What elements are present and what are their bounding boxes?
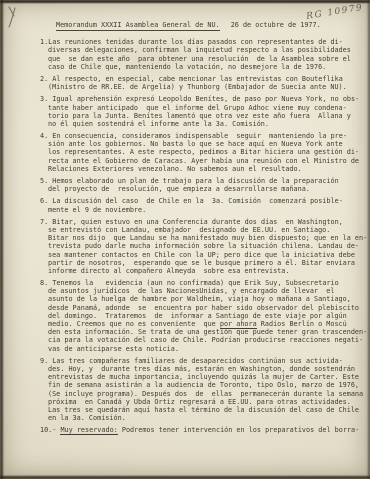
memo-line: (Ministro de RR.EE. de Argelia) y Thunbo… <box>40 83 366 91</box>
text-segment: Las tres se quedarán aquí hasta el térmi… <box>48 406 359 414</box>
memo-line: 1.Las reuniones tenidas durante los días… <box>40 38 366 46</box>
text-segment: den esta información. Se trata de una ge… <box>48 328 367 336</box>
text-segment: 8. Tenemos la evidencia (aun no confirma… <box>40 279 339 287</box>
text-segment: recta ante el Gobierno de Caracas. Ayer … <box>48 157 359 165</box>
text-segment: diversas delegaciones, confirman la inqu… <box>48 46 351 54</box>
memo-line: des. Hoy, y durante tres días más, estar… <box>40 365 366 373</box>
text-segment: Bitar nos dijo que Landau se ha manifest… <box>48 234 367 242</box>
text-segment: des. Hoy, y durante tres días más, estar… <box>48 365 355 373</box>
text-segment: 10.- <box>40 426 60 434</box>
text-segment: cia para la votación del caso de Chile. … <box>48 336 363 344</box>
memo-line: Las tres se quedarán aquí hasta el térmi… <box>40 406 366 414</box>
text-segment: medio. Creemos que no es conveniente que <box>48 320 220 328</box>
memo-paragraph: 2. Al respecto, en especial, cabe mencio… <box>40 75 366 91</box>
memo-line: 2. Al respecto, en especial, cabe mencio… <box>40 75 366 83</box>
text-segment: sea mantener contactos en Chile con la U… <box>48 251 355 259</box>
text-segment: mente el 9 de noviembre. <box>48 206 146 214</box>
memo-paragraph: 1.Las reuniones tenidas durante los días… <box>40 38 366 71</box>
text-segment: (Se incluye programa). Después dos de el… <box>48 390 363 398</box>
memo-line: 6. La discusión del caso de Chile en la … <box>40 197 366 205</box>
text-segment: asunto de la huelga de hambre por Waldhe… <box>48 295 351 303</box>
memo-line: desde Panamá, adonde se encuentra por ha… <box>40 304 366 312</box>
memo-line: vas de anticiparse esta noticia. <box>40 345 366 353</box>
text-segment: 7. Bitar, quien estuvo en una Conferenci… <box>40 218 343 226</box>
memo-line: los representantes. A este respecto, ped… <box>40 148 366 156</box>
memo-paragraph: 10.- Muy reservado: Podremos tener inter… <box>40 426 366 434</box>
memo-line: que se dan este año para obtener una res… <box>40 55 366 63</box>
memo-line: entrevistas de mucha importancia, incluy… <box>40 373 366 381</box>
text-segment: fin de semana asistirán a la audiencia d… <box>48 381 359 389</box>
text-segment: en la 3a. Comisión. <box>48 414 126 422</box>
memo-paragraph: 6. La discusión del caso de Chile en la … <box>40 197 366 213</box>
memo-line: asunto de la huelga de hambre por Waldhe… <box>40 295 366 303</box>
text-segment: tante haber anticipado que el informe de… <box>48 104 347 112</box>
memo-line: del proyecto de resolución, que empieza … <box>40 185 366 193</box>
memo-line: Relaciones Exteriores venezolano. No sab… <box>40 165 366 173</box>
memo-paragraphs: 1.Las reuniones tenidas durante los días… <box>40 38 366 434</box>
memo-line: cia para la votación del caso de Chile. … <box>40 336 366 344</box>
memo-line: 10.- Muy reservado: Podremos tener inter… <box>40 426 366 434</box>
memo-line: recta ante el Gobierno de Caracas. Ayer … <box>40 157 366 165</box>
memo-line: de asuntos jurídicos de las NacionesUnid… <box>40 287 366 295</box>
text-segment: caso de Chile que, manteniendo la votaci… <box>48 63 326 71</box>
text-segment: se entrevistó con Landau, embajador desi… <box>48 226 330 234</box>
text-segment: 5. Hemos elaborado un plan de trabajo pa… <box>40 177 339 185</box>
memo-line: caso de Chile que, manteniendo la votaci… <box>40 63 366 71</box>
memo-line: próxima en Canadá y Ubda Ortiz regresará… <box>40 398 366 406</box>
text-segment: torio para la Junta. Benítes lamentó que… <box>48 112 351 120</box>
text-segment: Radios Berlín o Moscú <box>257 320 347 328</box>
text-segment: Podremos tener intervención en los prepa… <box>118 426 359 434</box>
text-segment: 1.Las reuniones tenidas durante los días… <box>40 38 343 46</box>
memo-line: den esta información. Se trata de una ge… <box>40 328 366 336</box>
memo-line: diversas delegaciones, confirman la inqu… <box>40 46 366 54</box>
memo-line: 4. En consecuencia, consideramos indispe… <box>40 132 366 140</box>
handwritten-annotation: RG 10979 <box>305 3 363 22</box>
text-segment: 9. Las tres compañeras familiares de des… <box>40 357 343 365</box>
memo-line: informe directo al compañero Almeyda sob… <box>40 267 366 275</box>
memo-line: trevista pudo darle mucha información so… <box>40 242 366 250</box>
memo-line: Bitar nos dijo que Landau se ha manifest… <box>40 234 366 242</box>
memo-line: 8. Tenemos la evidencia (aun no confirma… <box>40 279 366 287</box>
handwritten-mark <box>5 4 21 30</box>
text-segment: entrevistas de mucha importancia, incluy… <box>48 373 359 381</box>
memo-heading: Memorandum XXXII Asamblea General de NU.… <box>56 21 366 29</box>
text-segment: de asuntos jurídicos de las NacionesUnid… <box>48 287 334 295</box>
memo-line: se entrevistó con Landau, embajador desi… <box>40 226 366 234</box>
memo-line: 5. Hemos elaborado un plan de trabajo pa… <box>40 177 366 185</box>
memo-line: sea mantener contactos en Chile con la U… <box>40 251 366 259</box>
text-segment: los representantes. A este respecto, ped… <box>48 148 359 156</box>
text-segment: 3. Igual aprehensión expresó Leopoldo Be… <box>40 95 359 103</box>
text-segment: informe directo al compañero Almeyda sob… <box>48 267 289 275</box>
text-segment: partir de nosotros, esperando que se le … <box>48 259 355 267</box>
memo-paragraph: 7. Bitar, quien estuvo en una Conferenci… <box>40 218 366 275</box>
memo-line: fin de semana asistirán a la audiencia d… <box>40 381 366 389</box>
memo-line: tante haber anticipado que el informe de… <box>40 104 366 112</box>
memo-date: 26 de octubre de 1977. <box>231 21 321 29</box>
text-segment: próxima en Canadá y Ubda Ortiz regresará… <box>48 398 351 406</box>
memo-paragraph: 8. Tenemos la evidencia (aun no confirma… <box>40 279 366 353</box>
text-segment: vas de anticiparse esta noticia. <box>48 345 179 353</box>
text-segment: 6. La discusión del caso de Chile en la … <box>40 197 343 205</box>
text-segment: del domingo. Trataremos de informar a Sa… <box>48 312 347 320</box>
text-segment: no él quien sostendrá el informe ante la… <box>48 120 269 128</box>
memo-content: Memorandum XXXII Asamblea General de NU.… <box>40 21 366 438</box>
memo-line: en la 3a. Comisión. <box>40 414 366 422</box>
memo-line: 3. Igual aprehensión expresó Leopoldo Be… <box>40 95 366 103</box>
scan-edge-left <box>0 0 3 479</box>
text-segment: sión ante los gobiernos. No basta lo que… <box>48 140 343 148</box>
memo-line: mente el 9 de noviembre. <box>40 206 366 214</box>
memo-line: partir de nosotros, esperando que se le … <box>40 259 366 267</box>
text-segment: desde Panamá, adonde se encuentra por ha… <box>48 304 359 312</box>
memo-paragraph: 5. Hemos elaborado un plan de trabajo pa… <box>40 177 366 193</box>
memo-line: del domingo. Trataremos de informar a Sa… <box>40 312 366 320</box>
scan-edge-top <box>0 0 370 3</box>
memo-paragraph: 4. En consecuencia, consideramos indispe… <box>40 132 366 173</box>
text-segment: Relaciones Exteriores venezolano. No sab… <box>48 165 302 173</box>
memo-paragraph: 3. Igual aprehensión expresó Leopoldo Be… <box>40 95 366 128</box>
text-segment: del proyecto de resolución, que empieza … <box>48 185 310 193</box>
memo-line: no él quien sostendrá el informe ante la… <box>40 120 366 128</box>
memo-line: 7. Bitar, quien estuvo en una Conferenci… <box>40 218 366 226</box>
memo-line: (Se incluye programa). Después dos de el… <box>40 390 366 398</box>
text-segment: (Ministro de RR.EE. de Argelia) y Thunbo… <box>48 83 347 91</box>
text-segment: que se dan este año para obtener una res… <box>48 55 351 63</box>
memo-line: sión ante los gobiernos. No basta lo que… <box>40 140 366 148</box>
text-segment: Muy reservado: <box>60 426 117 435</box>
text-segment: 2. Al respecto, en especial, cabe mencio… <box>40 75 343 83</box>
memo-line: 9. Las tres compañeras familiares de des… <box>40 357 366 365</box>
text-segment: trevista pudo darle mucha información so… <box>48 242 359 250</box>
memo-title: Memorandum XXXII Asamblea General de NU. <box>56 21 220 31</box>
memo-page: RG 10979 Memorandum XXXII Asamblea Gener… <box>0 0 370 479</box>
memo-paragraph: 9. Las tres compañeras familiares de des… <box>40 357 366 423</box>
memo-line: torio para la Junta. Benítes lamentó que… <box>40 112 366 120</box>
text-segment: 4. En consecuencia, consideramos indispe… <box>40 132 347 140</box>
memo-line: medio. Creemos que no es conveniente que… <box>40 320 366 328</box>
